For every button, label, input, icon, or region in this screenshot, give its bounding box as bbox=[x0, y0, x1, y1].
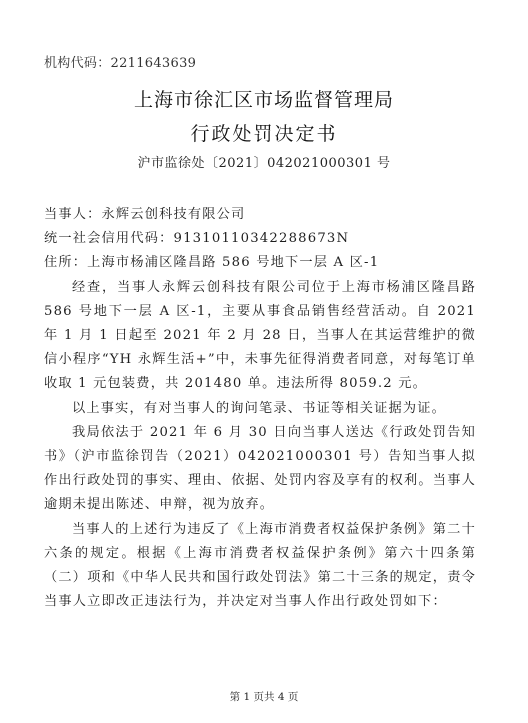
org-code: 机构代码：2211643639 bbox=[44, 52, 196, 71]
party-address: 住所：上海市杨浦区隆昌路 586 号地下一层 A 区-1 bbox=[44, 251, 476, 275]
paragraph-investigation: 经查，当事人永辉云创科技有限公司位于上海市杨浦区隆昌路 586 号地下一层 A … bbox=[44, 276, 476, 397]
paragraph-decision: 当事人的上述行为违反了《上海市消费者权益保护条例》第二十六条的规定。根据《上海市… bbox=[44, 518, 476, 615]
paragraph-evidence: 以上事实，有对当事人的询问笔录、书证等相关证据为证。 bbox=[44, 397, 476, 421]
agency-title: 上海市徐汇区市场监督管理局 bbox=[0, 85, 528, 112]
party-credit-code: 统一社会信用代码：91310110342288673N bbox=[44, 227, 476, 251]
paragraph-notice: 我局依法于 2021 年 6 月 30 日向当事人送达《行政处罚告知书》（沪市监… bbox=[44, 421, 476, 518]
document-page: 机构代码：2211643639 上海市徐汇区市场监督管理局 行政处罚决定书 沪市… bbox=[0, 0, 528, 723]
party-name: 当事人：永辉云创科技有限公司 bbox=[44, 203, 476, 227]
document-title: 行政处罚决定书 bbox=[0, 119, 528, 146]
document-body: 当事人：永辉云创科技有限公司 统一社会信用代码：9131011034228867… bbox=[44, 203, 476, 614]
page-number: 第 1 页共 4 页 bbox=[0, 689, 528, 704]
document-number: 沪市监徐处〔2021〕042021000301 号 bbox=[0, 152, 528, 171]
